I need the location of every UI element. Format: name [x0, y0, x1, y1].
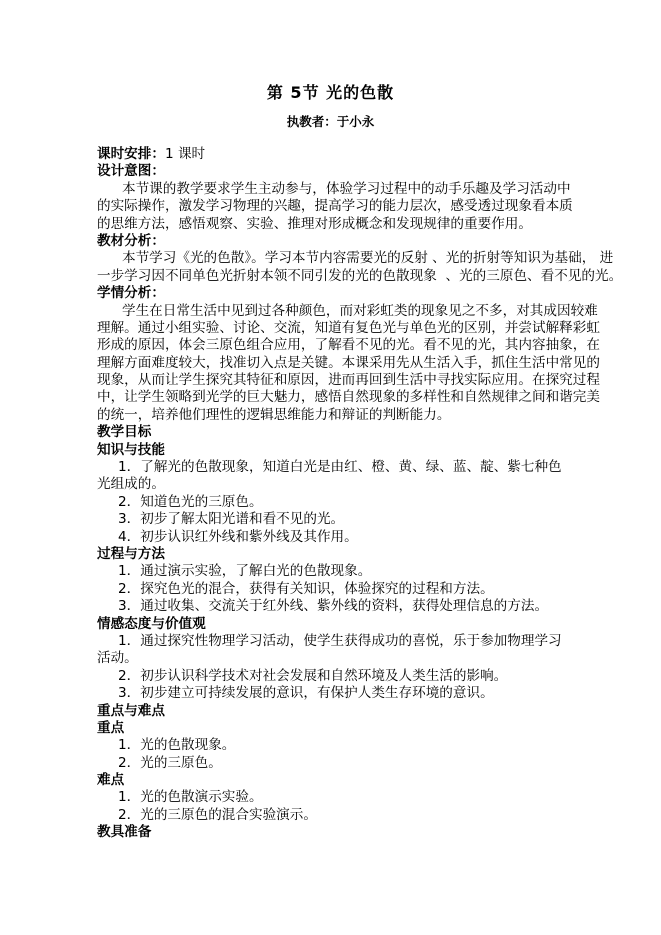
text-line: 2．知道色光的三原色。	[97, 494, 617, 511]
text-line: 学情分析：	[97, 285, 617, 302]
text-line: 过程与方法	[97, 546, 617, 563]
text-line: 的实际操作，激发学习物理的兴趣，提高学习的能力层次，感受透过现象看本质	[97, 198, 617, 215]
text-line: 1．了解光的色散现象，知道白光是由红、橙、黄、绿、蓝、靛、紫七种色	[97, 459, 617, 476]
text-line: 教材分析：	[97, 233, 617, 250]
text-line: 2．光的三原色的混合实验演示。	[97, 807, 617, 824]
text-line: 中，让学生领略到光学的巨大魅力，感悟自然现象的多样性和自然规律之间和谐完美	[97, 389, 617, 406]
text-line: 的统一，培养他们理性的逻辑思维能力和辩证的判断能力。	[97, 407, 617, 424]
text-line: 3．初步建立可持续发展的意识，有保护人类生存环境的意识。	[97, 685, 617, 702]
text-line: 2．初步认识科学技术对社会发展和自然环境及人类生活的影响。	[97, 668, 617, 685]
text-line: 4．初步认识红外线和紫外线及其作用。	[97, 529, 617, 546]
text-line: 知识与技能	[97, 442, 617, 459]
text-line: 本节课的教学要求学生主动参与，体验学习过程中的动手乐趣及学习活动中	[97, 181, 617, 198]
text-line: 教具准备	[97, 824, 617, 841]
text-line: 情感态度与价值观	[97, 616, 617, 633]
text-line: 1．光的色散演示实验。	[97, 789, 617, 806]
text-line: 1．通过探究性物理学习活动，使学生获得成功的喜悦，乐于参加物理学习	[97, 633, 617, 650]
text-line: 光组成的。	[97, 476, 617, 493]
text-line: 活动。	[97, 650, 617, 667]
text-line: 的思维方法，感悟观察、实验、推理对形成概念和发现规律的重要作用。	[97, 216, 617, 233]
text-line: 现象，从而让学生探究其特征和原因，进而再回到生活中寻找实际应用。在探究过程	[97, 372, 617, 389]
text-line: 形成的原因，体会三原色组合应用，了解看不见的光。看不见的光，其内容抽象，在	[97, 337, 617, 354]
text-line: 3．初步了解太阳光谱和看不见的光。	[97, 511, 617, 528]
text-line: 重点与难点	[97, 703, 617, 720]
document-page: 第 5节 光的色散 执教者：于小永 课时安排：1 课时设计意图：本节课的教学要求…	[0, 0, 661, 935]
text-line: 1．通过演示实验，了解白光的色散现象。	[97, 563, 617, 580]
text-line: 重点	[97, 720, 617, 737]
text-line: 设计意图：	[97, 163, 617, 180]
document-body: 课时安排：1 课时设计意图：本节课的教学要求学生主动参与，体验学习过程中的动手乐…	[97, 146, 617, 842]
document-byline: 执教者：于小永	[0, 114, 661, 130]
text-line: 2．探究色光的混合，获得有关知识，体验探究的过程和方法。	[97, 581, 617, 598]
text-line: 课时安排：1 课时	[97, 146, 617, 163]
text-line: 3．通过收集、交流关于红外线、紫外线的资料，获得处理信息的方法。	[97, 598, 617, 615]
document-title: 第 5节 光的色散	[0, 83, 661, 103]
text-line: 一步学习因不同单色光折射本领不同引发的光的色散现象 、光的三原色、看不见的光。	[97, 268, 617, 285]
text-line: 难点	[97, 772, 617, 789]
text-line: 理解。通过小组实验、讨论、交流，知道有复色光与单色光的区别，并尝试解释彩虹	[97, 320, 617, 337]
text-line: 1．光的色散现象。	[97, 737, 617, 754]
text-line: 教学目标	[97, 424, 617, 441]
text-line: 学生在日常生活中见到过各种颜色，而对彩虹类的现象见之不多，对其成因较难	[97, 303, 617, 320]
text-line: 2．光的三原色。	[97, 755, 617, 772]
text-line: 本节学习《光的色散》。学习本节内容需要光的反射 、光的折射等知识为基础， 进	[97, 250, 617, 267]
text-line: 理解方面难度较大，找准切入点是关键。本课采用先从生活入手，抓住生活中常见的	[97, 355, 617, 372]
